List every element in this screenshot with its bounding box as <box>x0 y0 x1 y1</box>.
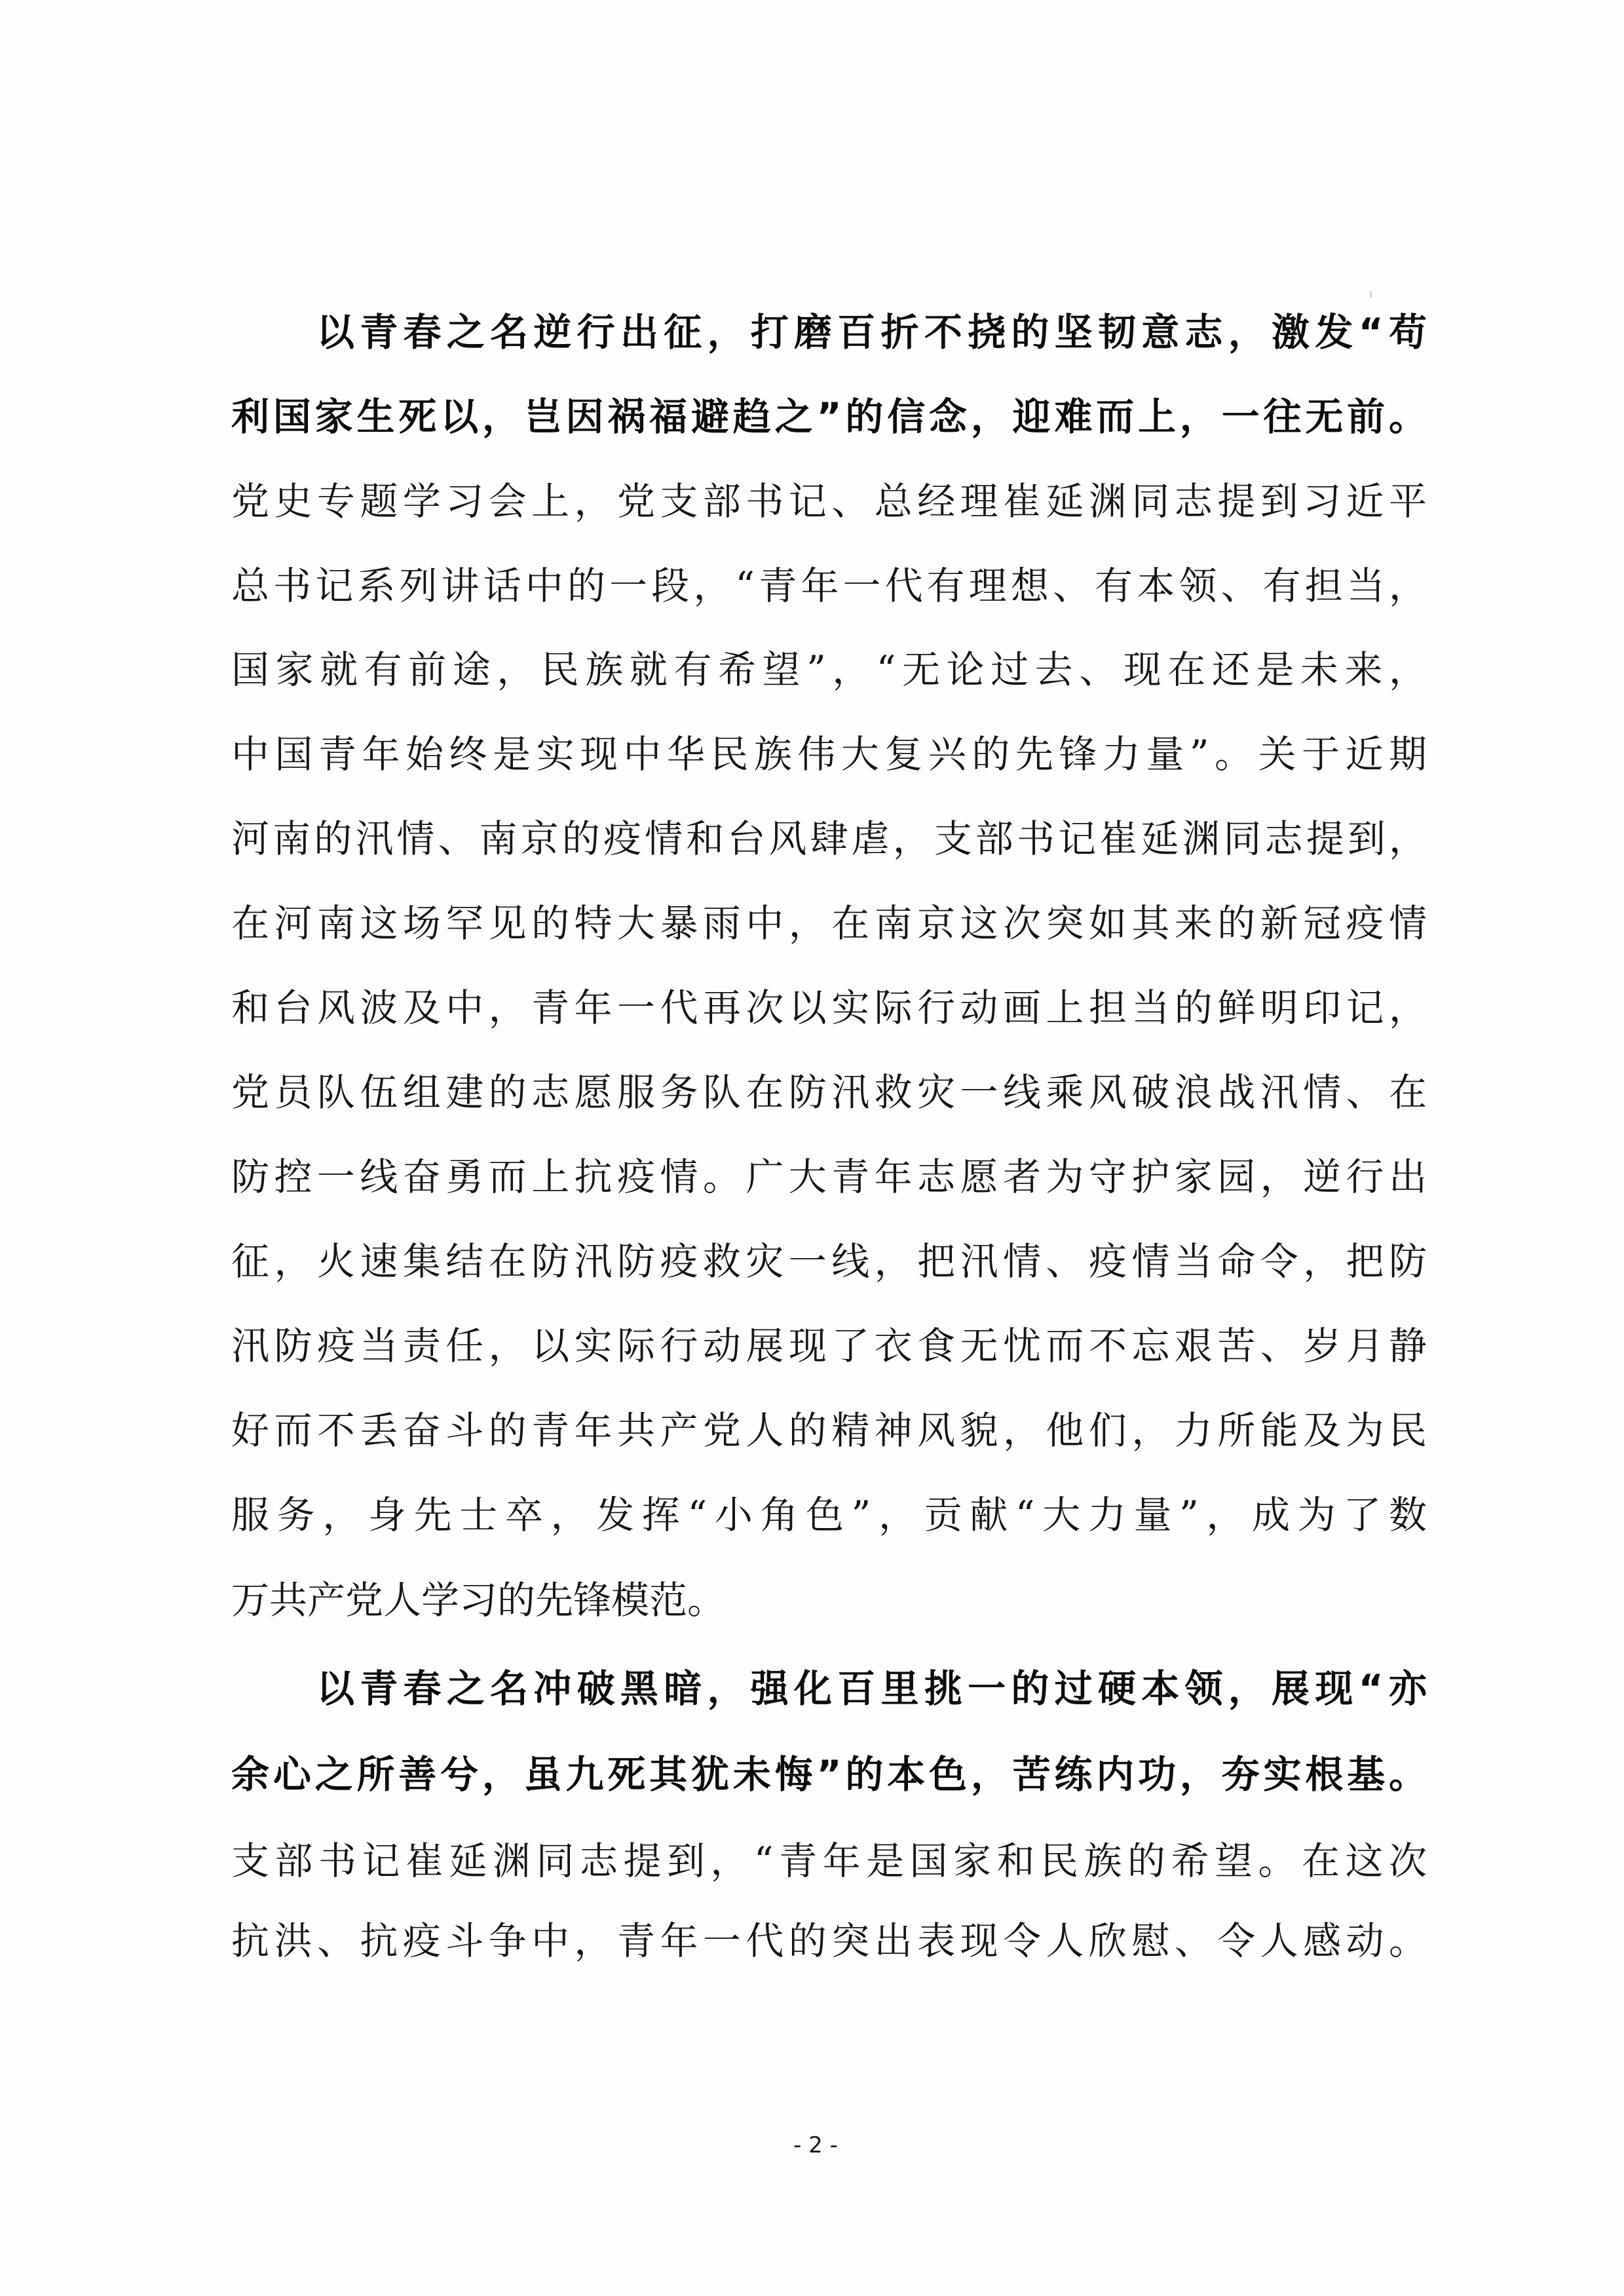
paragraph-1-body-line: 汛防疫当责任，以实际行动展现了衣食无忧而不忘艰苦、岁月静 <box>231 1320 1427 1372</box>
paragraph-1-body-line: 服务，身先士卒，发挥“小角色”，贡献“大力量”，成为了数 <box>231 1489 1427 1541</box>
paragraph-2-body-line: 抗洪、抗疫斗争中，青年一代的突出表现令人欣慰、令人感动。 <box>231 1915 1427 1967</box>
paragraph-2-heading-line-1: 以青春之名冲破黑暗，强化百里挑一的过硬本领，展现“亦 <box>316 1662 1427 1715</box>
paragraph-1-body-line: 总书记系列讲话中的一段，“青年一代有理想、有本领、有担当， <box>231 560 1427 612</box>
paragraph-1-body-line: 征，火速集结在防汛防疫救灾一线，把汛情、疫情当命令，把防 <box>231 1235 1427 1288</box>
paragraph-1-heading-line-2: 利国家生死以，岂因祸福避趋之”的信念，迎难而上，一往无前。 <box>231 391 1427 443</box>
page-number: - 2 - <box>750 2131 881 2160</box>
paragraph-2-body-line: 支部书记崔延渊同志提到，“青年是国家和民族的希望。在这次 <box>231 1835 1427 1887</box>
paragraph-1-body-line: 和台风波及中，青年一代再次以实际行动画上担当的鲜明印记， <box>231 982 1427 1034</box>
paragraph-1-body-line: 中国青年始终是实现中华民族伟大复兴的先锋力量”。关于近期 <box>231 728 1427 780</box>
document-page: 以青春之名逆行出征，打磨百折不挠的坚韧意志，激发“苟 利国家生死以，岂因祸福避趋… <box>0 0 1624 2296</box>
paragraph-1-heading-line-1: 以青春之名逆行出征，打磨百折不挠的坚韧意志，激发“苟 <box>316 306 1427 358</box>
paragraph-2-heading-line-2: 余心之所善兮，虽九死其犹未悔”的本色，苦练内功，夯实根基。 <box>231 1748 1427 1801</box>
paragraph-1-body-line: 好而不丢奋斗的青年共产党人的精神风貌，他们，力所能及为民 <box>231 1404 1427 1457</box>
paragraph-1-body-line: 在河南这场罕见的特大暴雨中，在南京这次突如其来的新冠疫情 <box>231 897 1427 949</box>
paragraph-1-body-line: 河南的汛情、南京的疫情和台风肆虐，支部书记崔延渊同志提到， <box>231 813 1427 865</box>
paragraph-1-body-line: 党员队伍组建的志愿服务队在防汛救灾一线乘风破浪战汛情、在 <box>231 1066 1427 1119</box>
paragraph-1-body-line: 国家就有前途，民族就有希望”，“无论过去、现在还是未来， <box>231 643 1427 696</box>
paragraph-1-body-line: 防控一线奋勇而上抗疫情。广大青年志愿者为守护家园，逆行出 <box>231 1151 1427 1203</box>
paragraph-1-body-last-line: 万共产党人学习的先锋模范。 <box>231 1574 1427 1626</box>
scan-artifact <box>1370 291 1372 297</box>
paragraph-1-body-line: 党史专题学习会上，党支部书记、总经理崔延渊同志提到习近平 <box>231 475 1427 527</box>
